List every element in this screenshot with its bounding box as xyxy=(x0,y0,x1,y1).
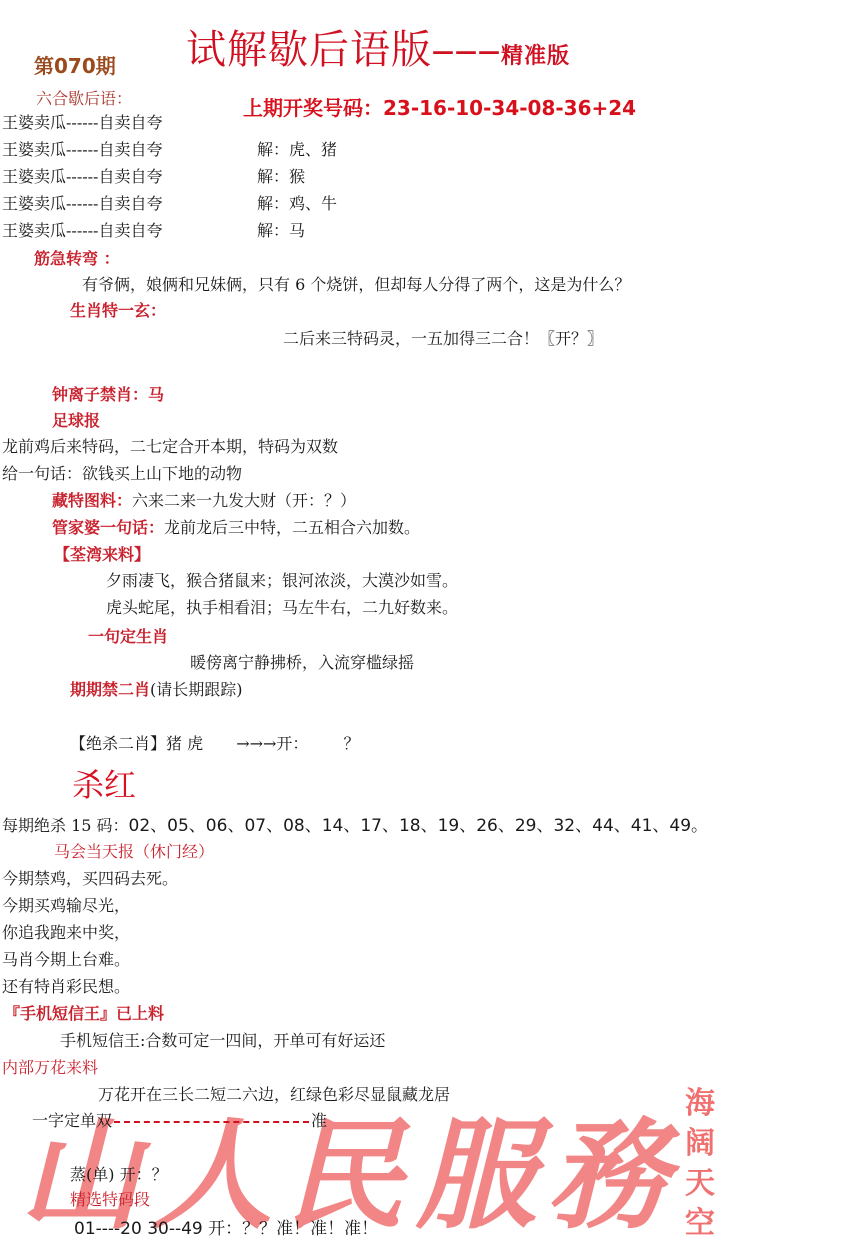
riddle-row: 王婆卖瓜------自卖自夸 xyxy=(2,218,162,241)
dashed-divider xyxy=(114,1121,309,1123)
page-title: 试解歇后语版———精准版 xyxy=(186,18,570,75)
housekeeper-label: 管家婆一句话： xyxy=(52,518,164,537)
kill-red-label: 每期绝杀 15 码： xyxy=(2,816,129,835)
ban-two-heading: 期期禁二肖 xyxy=(70,680,150,699)
watermark-side: 海阔天空 xyxy=(680,1084,720,1244)
kill-two-result: ？ xyxy=(344,734,360,753)
special-zodiac-text: 二后来三特码灵，一五加得三二合！〖开？〗 xyxy=(283,326,603,349)
quanwan-line-2: 虎头蛇尾，执手相看泪；马左牛右，二九好数来。 xyxy=(106,595,458,618)
horse-club-line: 你追我跑来中奖， xyxy=(2,920,130,943)
brain-teaser-heading: 筋急转弯 ： xyxy=(34,246,120,269)
special-zodiac-heading: 生肖特一玄： xyxy=(70,298,166,321)
ban-two-note: (请长期跟踪) xyxy=(150,680,243,699)
one-sentence-heading: 一句定生肖 xyxy=(88,624,168,647)
quanwan-line-1: 夕雨凄飞，猴合猪鼠来；银河浓淡，大漠沙如雪。 xyxy=(106,568,458,591)
kill-red-heading: 杀红 xyxy=(72,760,136,806)
horse-club-heading: 马会当天报（休门经） xyxy=(54,839,214,862)
title-text: 试解歇后语版 xyxy=(186,27,432,73)
odd-even-suffix: 准 xyxy=(311,1111,327,1130)
last-draw-value: 23-16-10-34-08-36+24 xyxy=(383,96,636,120)
xiehouyu-heading: 六合歇后语： xyxy=(36,86,132,109)
riddle-row: 王婆卖瓜------自卖自夸 xyxy=(2,110,162,133)
inner-flower-text: 万花开在三长二短二六边，红绿色彩尽显鼠藏龙居 xyxy=(98,1082,450,1105)
riddle-row: 王婆卖瓜------自卖自夸 xyxy=(2,191,162,214)
last-draw-label: 上期开奖号码： xyxy=(243,96,383,120)
issue-number: 第070期 xyxy=(34,50,116,79)
quanwan-heading: 【荃湾来料】 xyxy=(54,542,150,565)
riddle-answer: 解：马 xyxy=(257,218,305,241)
kill-two-arrows: →→→开： xyxy=(236,734,308,753)
hidden-chart-text: 六来二来一九发大财（开：？） xyxy=(132,491,356,510)
housekeeper: 管家婆一句话：龙前龙后三中特，二五相合六加数。 xyxy=(52,515,420,538)
sms-king-text: 手机短信王:合数可定一四间，开单可有好运还 xyxy=(60,1028,385,1051)
sms-king-heading: 『手机短信王』已上料 xyxy=(4,1001,164,1024)
special-segment-text: 01----20 30--49 开：？？准！准！准！ xyxy=(74,1214,378,1239)
football-heading: 足球报 xyxy=(52,408,100,431)
special-segment-value: 01----20 30--49 开：？？准！准！准！ xyxy=(74,1219,378,1239)
hidden-chart: 藏特图料：六来二来一九发大财（开：？） xyxy=(52,488,356,511)
kill-two: 【绝杀二肖】猪 虎 →→→开： ？ xyxy=(70,731,360,754)
riddle-row: 王婆卖瓜------自卖自夸 xyxy=(2,164,162,187)
football-line-2: 给一句话：欲钱买上山下地的动物 xyxy=(2,461,242,484)
inner-flower-heading: 内部万花来料 xyxy=(2,1055,98,1078)
riddle-row: 王婆卖瓜------自卖自夸 xyxy=(2,137,162,160)
odd-even-result: 蒸(单) 开：？ xyxy=(70,1162,168,1185)
title-dash: ——— xyxy=(432,40,501,65)
ban-two: 期期禁二肖(请长期跟踪) xyxy=(70,677,243,700)
odd-even-line: 一字定单双准 xyxy=(32,1108,327,1131)
special-segment-heading: 精选特码段 xyxy=(70,1187,150,1210)
riddle-answer: 解：鸡、牛 xyxy=(257,191,337,214)
riddle-answer: 解：虎、猪 xyxy=(257,137,337,160)
riddle-answer: 解：猴 xyxy=(257,164,305,187)
one-sentence-text: 暖傍离宁静拂桥，入流穿槛绿摇 xyxy=(190,650,414,673)
kill-red-line: 每期绝杀 15 码：02、05、06、07、08、14、17、18、19、26、… xyxy=(2,811,708,836)
title-subtitle: 精准版 xyxy=(501,44,570,69)
brain-teaser-question: 有爷俩，娘俩和兄妹俩，只有 6 个烧饼，但却每人分得了两个，这是为什么？ xyxy=(82,272,630,295)
hidden-chart-label: 藏特图料： xyxy=(52,491,132,510)
last-draw-numbers: 上期开奖号码：23-16-10-34-08-36+24 xyxy=(243,92,636,121)
housekeeper-text: 龙前龙后三中特，二五相合六加数。 xyxy=(164,518,420,537)
horse-club-line: 马肖今期上台难。 xyxy=(2,947,130,970)
kill-red-numbers: 02、05、06、07、08、14、17、18、19、26、29、32、44、4… xyxy=(129,816,708,836)
kill-two-label: 【绝杀二肖】猪 虎 xyxy=(70,734,203,753)
horse-club-line: 今期买鸡输尽光， xyxy=(2,893,130,916)
zhonglizi-heading: 钟离子禁肖：马 xyxy=(52,382,164,405)
odd-even-label: 一字定单双 xyxy=(32,1111,112,1130)
horse-club-line: 还有特肖彩民想。 xyxy=(2,974,130,997)
football-line-1: 龙前鸡后来特码，二七定合开本期，特码为双数 xyxy=(2,434,338,457)
horse-club-line: 今期禁鸡，买四码去死。 xyxy=(2,866,178,889)
